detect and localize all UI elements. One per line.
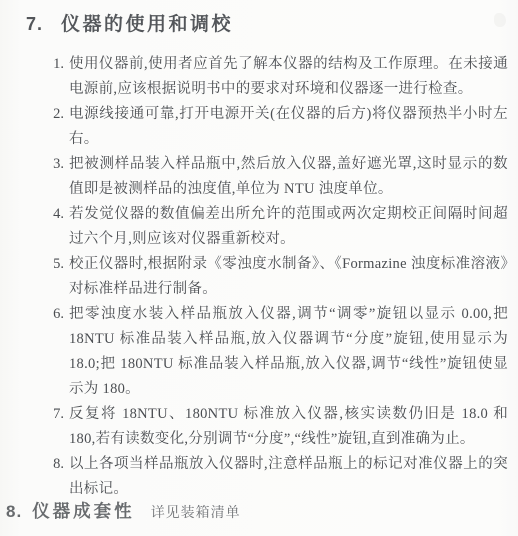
- item-number: 5.: [46, 252, 64, 277]
- list-item: 1. 使用仪器前,使用者应首先了解本仪器的结构及工作原理。在未接通电源前,应该根…: [46, 52, 508, 102]
- section-8-subtitle: 详见装箱清单: [151, 502, 241, 522]
- list-item: 4. 若发觉仪器的数值偏差出所允许的范围或两次定期校正间隔时间超过六个月,则应该…: [46, 202, 508, 252]
- list-item: 5. 校正仪器时,根据附录《零浊度水制备》、《Formazine 浊度标准溶液》…: [46, 252, 508, 302]
- section-8-title: 仪器成套性: [32, 498, 135, 523]
- item-text: 校正仪器时,根据附录《零浊度水制备》、《Formazine 浊度标准溶液》对标准…: [69, 252, 508, 302]
- list-item: 8. 以上各项当样品瓶放入仪器时,注意样品瓶上的标记对准仪器上的突出标记。: [46, 452, 508, 502]
- item-text: 若发觉仪器的数值偏差出所允许的范围或两次定期校正间隔时间超过六个月,则应该对仪器…: [69, 202, 508, 252]
- list-item: 7. 反复将 18NTU、180NTU 标准放入仪器,核实读数仍旧是 18.0 …: [46, 402, 508, 452]
- manual-page: 7. 仪器的使用和调校 1. 使用仪器前,使用者应首先了解本仪器的结构及工作原理…: [0, 0, 518, 536]
- item-text: 使用仪器前,使用者应首先了解本仪器的结构及工作原理。在未接通电源前,应该根据说明…: [69, 52, 508, 102]
- item-number: 8.: [46, 452, 64, 477]
- scan-smudge: [494, 13, 506, 27]
- list-item: 6. 把零浊度水装入样品瓶放入仪器,调节“调零”旋钮以显示 0.00,把 18N…: [46, 302, 508, 402]
- section-8-heading: 8. 仪器成套性 详见装箱清单: [6, 498, 241, 523]
- item-number: 1.: [46, 52, 64, 77]
- item-text: 把零浊度水装入样品瓶放入仪器,调节“调零”旋钮以显示 0.00,把 18NTU …: [69, 302, 508, 402]
- list-item: 2. 电源线接通可靠,打开电源开关(在仪器的后方)将仪器预热半小时左右。: [46, 102, 508, 152]
- section-7-title: 仪器的使用和调校: [61, 9, 233, 36]
- item-number: 7.: [46, 402, 64, 427]
- item-text: 电源线接通可靠,打开电源开关(在仪器的后方)将仪器预热半小时左右。: [69, 102, 508, 152]
- item-number: 3.: [46, 152, 64, 177]
- item-text: 反复将 18NTU、180NTU 标准放入仪器,核实读数仍旧是 18.0 和 1…: [69, 402, 508, 452]
- section-8-number: 8.: [6, 502, 22, 522]
- instruction-list: 1. 使用仪器前,使用者应首先了解本仪器的结构及工作原理。在未接通电源前,应该根…: [46, 52, 508, 502]
- item-number: 4.: [46, 202, 64, 227]
- item-number: 2.: [46, 102, 64, 127]
- list-item: 3. 把被测样品装入样品瓶中,然后放入仪器,盖好遮光罩,这时显示的数值即是被测样…: [46, 152, 508, 202]
- item-text: 以上各项当样品瓶放入仪器时,注意样品瓶上的标记对准仪器上的突出标记。: [69, 452, 508, 502]
- section-7-heading: 7. 仪器的使用和调校: [26, 9, 233, 36]
- section-7-number: 7.: [26, 14, 43, 35]
- item-number: 6.: [46, 302, 64, 327]
- item-text: 把被测样品装入样品瓶中,然后放入仪器,盖好遮光罩,这时显示的数值即是被测样品的浊…: [69, 152, 508, 202]
